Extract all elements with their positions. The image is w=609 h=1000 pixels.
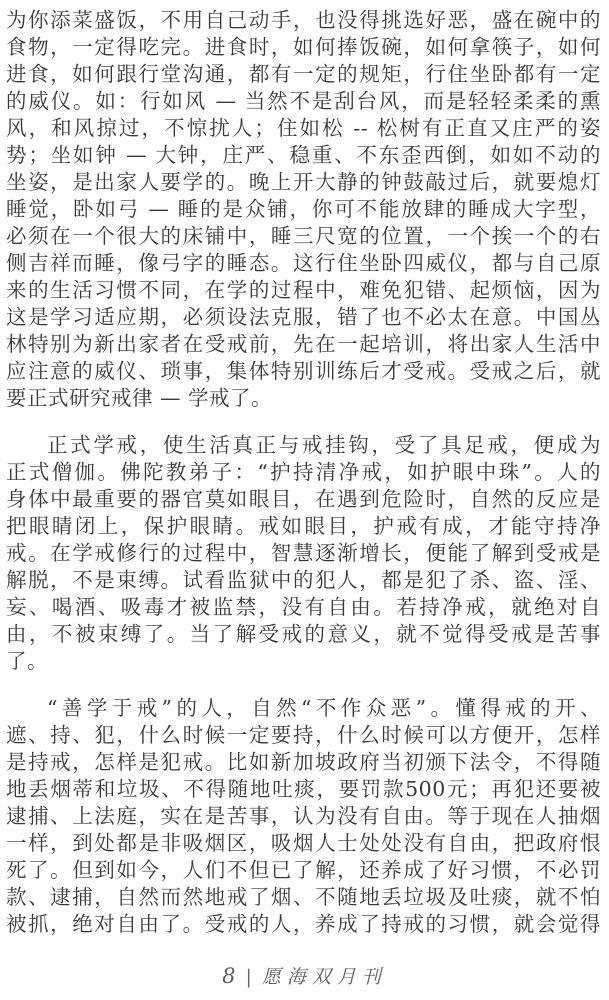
- text-line: 戒。在学戒修行的过程中，智慧逐渐增长，便能了解到受戒是: [6, 540, 601, 567]
- text-line: 把眼睛闭上，保护眼睛。戒如眼目，护戒有成，才能守持净: [6, 513, 601, 540]
- text-line: 了。: [6, 648, 601, 675]
- text-line: 进食，如何跟行堂沟通，都有一定的规矩，行住坐卧都有一定: [6, 61, 601, 88]
- text-line: 由，不被束缚了。当了解受戒的意义，就不觉得受戒是苦事: [6, 621, 601, 648]
- text-line: 的威仪。如：行如风 — 当然不是刮台风，而是轻轻柔柔的熏: [6, 88, 601, 115]
- text-line: 是持戒，怎样是犯戒。比如新加坡政府当初颁下法令，不得随: [6, 749, 601, 776]
- text-line: 遮、持、犯，什么时候一定要持，什么时候可以方便开，怎样: [6, 722, 601, 749]
- text-line: 正式僧伽。佛陀教弟子：“护持清净戒，如护眼中珠”。人的: [6, 459, 601, 486]
- page-number: 8: [222, 964, 235, 988]
- text-line: 为你添菜盛饭，不用自己动手，也没得挑选好恶，盛在碗中的: [6, 7, 601, 34]
- text-line: 一样，到处都是非吸烟区，吸烟人士处处没有自由，把政府恨: [6, 830, 601, 857]
- page-footer: 8|愿海双月刊: [0, 964, 609, 989]
- text-line: 坐姿，是出家人要学的。晚上开大静的钟鼓敲过后，就要熄灯: [6, 169, 601, 196]
- text-line: 款、逮捕，自然而然地戒了烟、不随地丢垃圾及吐痰，就不怕: [6, 884, 601, 911]
- text-line: 来的生活习惯不同，在学的过程中，难免犯错、起烦恼，因为: [6, 277, 601, 304]
- paragraph: “善学于戒”的人，自然“不作众恶”。懂得戒的开、遮、持、犯，什么时候一定要持，什…: [6, 695, 601, 938]
- text-line: 风，和风掠过，不惊扰人；住如松 -- 松树有正直又庄严的姿: [6, 115, 601, 142]
- text-line: 死了。但到如今，人们不但已了解，还养成了好习惯，不必罚: [6, 857, 601, 884]
- text-line: 被抓，绝对自由了。受戒的人，养成了持戒的习惯，就会觉得: [6, 911, 601, 938]
- text-line: 势；坐如钟 — 大钟，庄严、稳重、不东歪西倒，如如不动的: [6, 142, 601, 169]
- text-line: 身体中最重要的器官莫如眼目，在遇到危险时，自然的反应是: [6, 486, 601, 513]
- text-line: 要正式研究戒律 — 学戒了。: [6, 385, 601, 412]
- article-body: 为你添菜盛饭，不用自己动手，也没得挑选好恶，盛在碗中的食物，一定得吃完。进食时，…: [0, 0, 609, 938]
- text-line: 妄、喝酒、吸毒才被监禁，没有自由。若持净戒，就绝对自: [6, 594, 601, 621]
- text-line: 解脱，不是束缚。试看监狱中的犯人，都是犯了杀、盗、淫、: [6, 567, 601, 594]
- text-line: 食物，一定得吃完。进食时，如何捧饭碗，如何拿筷子，如何: [6, 34, 601, 61]
- paragraph: 为你添菜盛饭，不用自己动手，也没得挑选好恶，盛在碗中的食物，一定得吃完。进食时，…: [6, 7, 601, 412]
- text-line: 这是学习适应期，必须设法克服，错了也不必太在意。中国丛: [6, 304, 601, 331]
- publication-title: 愿海双月刊: [262, 966, 387, 988]
- text-line: 必须在一个很大的床铺中，睡三尺宽的位置，一个挨一个的右: [6, 223, 601, 250]
- text-line: 地丢烟蒂和垃圾、不得随地吐痰，要罚款500元；再犯还要被: [6, 776, 601, 803]
- text-line: “善学于戒”的人，自然“不作众恶”。懂得戒的开、: [6, 695, 601, 722]
- text-line: 林特别为新出家者在受戒前，先在一起培训，将出家人生活中: [6, 331, 601, 358]
- text-line: 逮捕、上法庭，实在是苦事，认为没有自由。等于现在人抽烟: [6, 803, 601, 830]
- text-line: 侧吉祥而睡，像弓字的睡态。这行住坐卧四威仪，都与自己原: [6, 250, 601, 277]
- text-line: 正式学戒，使生活真正与戒挂钩，受了具足戒，便成为: [6, 432, 601, 459]
- text-line: 睡觉，卧如弓 — 睡的是众铺，你可不能放肆的睡成大字型，: [6, 196, 601, 223]
- footer-separator: |: [245, 966, 251, 988]
- paragraph: 正式学戒，使生活真正与戒挂钩，受了具足戒，便成为正式僧伽。佛陀教弟子：“护持清净…: [6, 432, 601, 675]
- text-line: 应注意的威仪、琐事，集体特别训练后才受戒。受戒之后，就: [6, 358, 601, 385]
- document-page: 为你添菜盛饭，不用自己动手，也没得挑选好恶，盛在碗中的食物，一定得吃完。进食时，…: [0, 0, 609, 1000]
